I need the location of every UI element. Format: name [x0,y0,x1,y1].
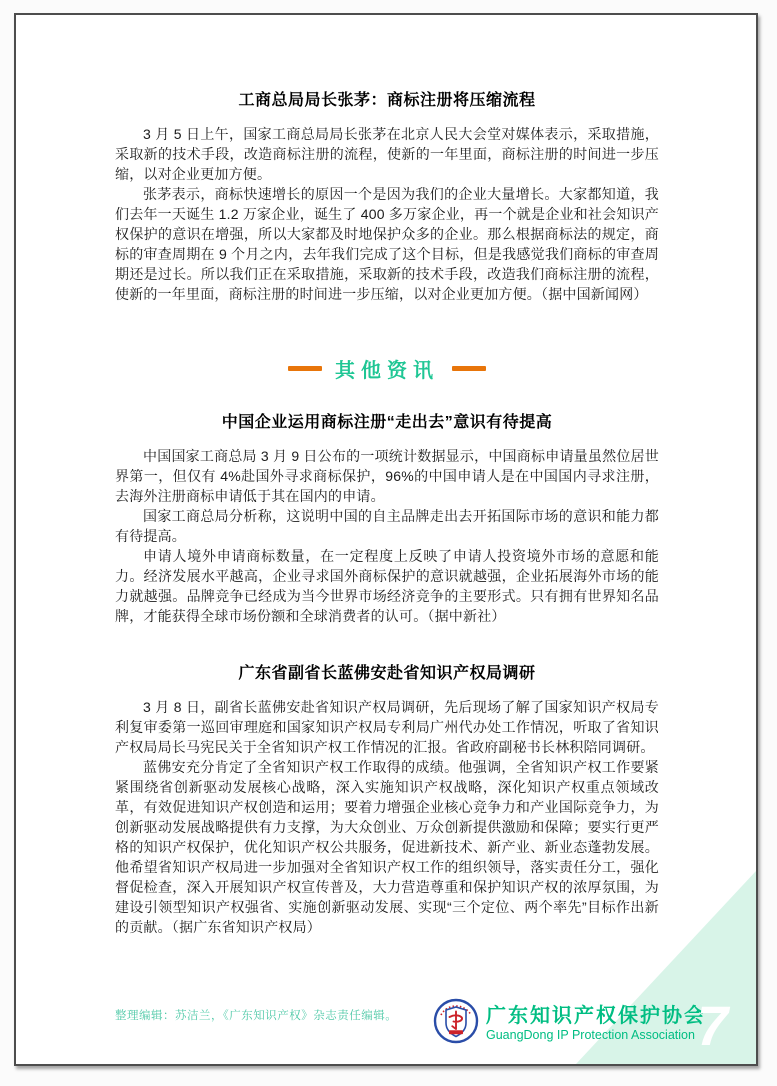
article-trademark-process: 工商总局局长张茅：商标注册将压缩流程 3 月 5 日上午，国家工商总局局长张茅在… [115,87,659,304]
association-name-cn: 广东知识产权保护协会 [486,1005,706,1028]
section-divider: 其他资讯 [115,354,659,383]
paragraph: 蓝佛安充分肯定了全省知识产权工作取得的成绩。他强调，全省知识产权工作要紧紧围绕省… [115,757,659,937]
editor-note: 整理编辑：苏洁兰，《广东知识产权》杂志责任编辑。 [115,1007,397,1023]
article-vice-governor-visit: 广东省副省长蓝佛安赴省知识产权局调研 3 月 8 日，副省长蓝佛安赴省知识产权局… [115,660,659,937]
paragraph: 3 月 5 日上午，国家工商总局局长张茅在北京人民大会堂对媒体表示，采取措施，采… [115,124,659,184]
paragraph: 3 月 8 日，副省长蓝佛安赴省知识产权局调研，先后现场了解了国家知识产权局专利… [115,697,659,757]
document-page: 工商总局局长张茅：商标注册将压缩流程 3 月 5 日上午，国家工商总局局长张茅在… [14,13,758,1066]
page-number: 7 [697,998,728,1054]
article-title: 中国企业运用商标注册“走出去”意识有待提高 [115,409,659,432]
article-title: 广东省副省长蓝佛安赴省知识产权局调研 [115,660,659,683]
association-name-en: GuangDong IP Protection Association [486,1028,706,1043]
divider-dash-left-icon [288,366,322,371]
article-title: 工商总局局长张茅：商标注册将压缩流程 [115,87,659,110]
paragraph: 中国国家工商总局 3 月 9 日公布的一项统计数据显示，中国商标申请量虽然位居世… [115,446,659,506]
association-branding: 广东知识产权保护协会 GuangDong IP Protection Assoc… [433,997,706,1050]
association-emblem-icon [433,997,479,1050]
association-name: 广东知识产权保护协会 GuangDong IP Protection Assoc… [486,1005,706,1043]
paragraph: 国家工商总局分析称，这说明中国的自主品牌走出去开拓国际市场的意识和能力都有待提高… [115,506,659,546]
article-going-global: 中国企业运用商标注册“走出去”意识有待提高 中国国家工商总局 3 月 9 日公布… [115,409,659,626]
divider-label: 其他资讯 [335,354,439,383]
divider-dash-right-icon [452,366,486,371]
page-content: 工商总局局长张茅：商标注册将压缩流程 3 月 5 日上午，国家工商总局局长张茅在… [16,15,756,937]
paragraph: 张茅表示，商标快速增长的原因一个是因为我们的企业大量增长。大家都知道，我们去年一… [115,184,659,304]
paragraph: 申请人境外申请商标数量，在一定程度上反映了申请人投资境外市场的意愿和能力。经济发… [115,546,659,626]
